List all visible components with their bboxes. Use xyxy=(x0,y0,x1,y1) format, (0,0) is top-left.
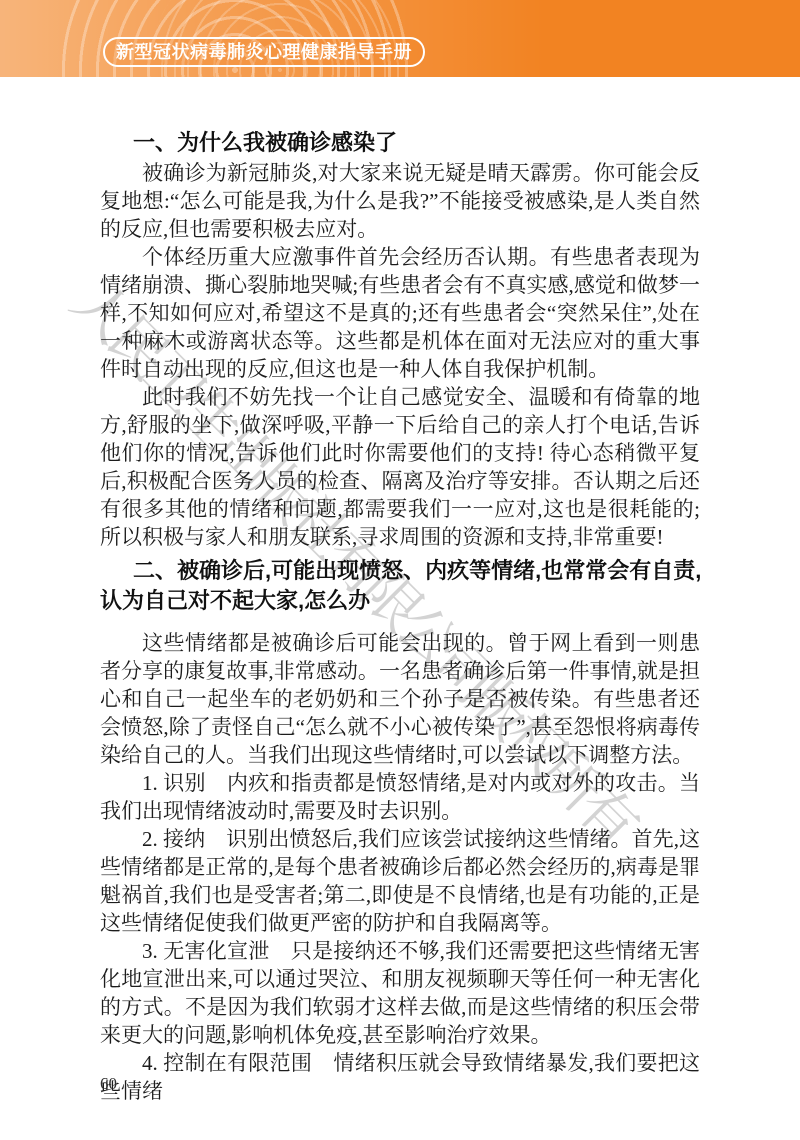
page-content: 一、为什么我被确诊感染了 被确诊为新冠肺炎,对大家来说无疑是晴天霹雳。你可能会反… xyxy=(100,0,700,1140)
section-2-body: 这些情绪都是被确诊后可能会出现的。曾于网上看到一则患者分享的康复故事,非常感动。… xyxy=(100,629,700,1105)
numbered-item-harmless-venting: 3. 无害化宣泄 只是接纳还不够,我们还需要把这些情绪无害化地宣泄出来,可以通过… xyxy=(100,937,700,1049)
paragraph-emotions-intro: 这些情绪都是被确诊后可能会出现的。曾于网上看到一则患者分享的康复故事,非常感动。… xyxy=(100,629,700,769)
handbook-title-badge: 新型冠状病毒肺炎心理健康指导手册 xyxy=(103,37,425,67)
page-number: 60 xyxy=(100,1074,117,1094)
paragraph-denial-phase: 个体经历重大应激事件首先会经历否认期。有些患者表现为情绪崩溃、撕心裂肺地哭喊;有… xyxy=(100,243,700,383)
paragraph-coping-advice: 此时我们不妨先找一个让自己感觉安全、温暖和有倚靠的地方,舒服的坐下,做深呼吸,平… xyxy=(100,383,700,551)
handbook-title-label: 新型冠状病毒肺炎心理健康指导手册 xyxy=(116,43,412,61)
handbook-page: 新型冠状病毒肺炎心理健康指导手册 人民卫生出版社有限公司版权所有 一、为什么我被… xyxy=(0,0,800,1140)
section-2-heading: 二、被确诊后,可能出现愤怒、内疚等情绪,也常常会有自责,认为自己对不起大家,怎么… xyxy=(100,556,712,616)
paragraph-confirmed-diagnosis: 被确诊为新冠肺炎,对大家来说无疑是晴天霹雳。你可能会反复地想:“怎么可能是我,为… xyxy=(100,159,700,243)
numbered-item-limit-control: 4. 控制在有限范围 情绪积压就会导致情绪暴发,我们要把这些情绪 xyxy=(100,1049,700,1105)
section-1-body: 被确诊为新冠肺炎,对大家来说无疑是晴天霹雳。你可能会反复地想:“怎么可能是我,为… xyxy=(100,159,700,551)
numbered-item-identify: 1. 识别 内疚和指责都是愤怒情绪,是对内或对外的攻击。当我们出现情绪波动时,需… xyxy=(100,769,700,825)
section-1-heading: 一、为什么我被确诊感染了 xyxy=(133,128,703,158)
numbered-item-accept: 2. 接纳 识别出愤怒后,我们应该尝试接纳这些情绪。首先,这些情绪都是正常的,是… xyxy=(100,825,700,937)
